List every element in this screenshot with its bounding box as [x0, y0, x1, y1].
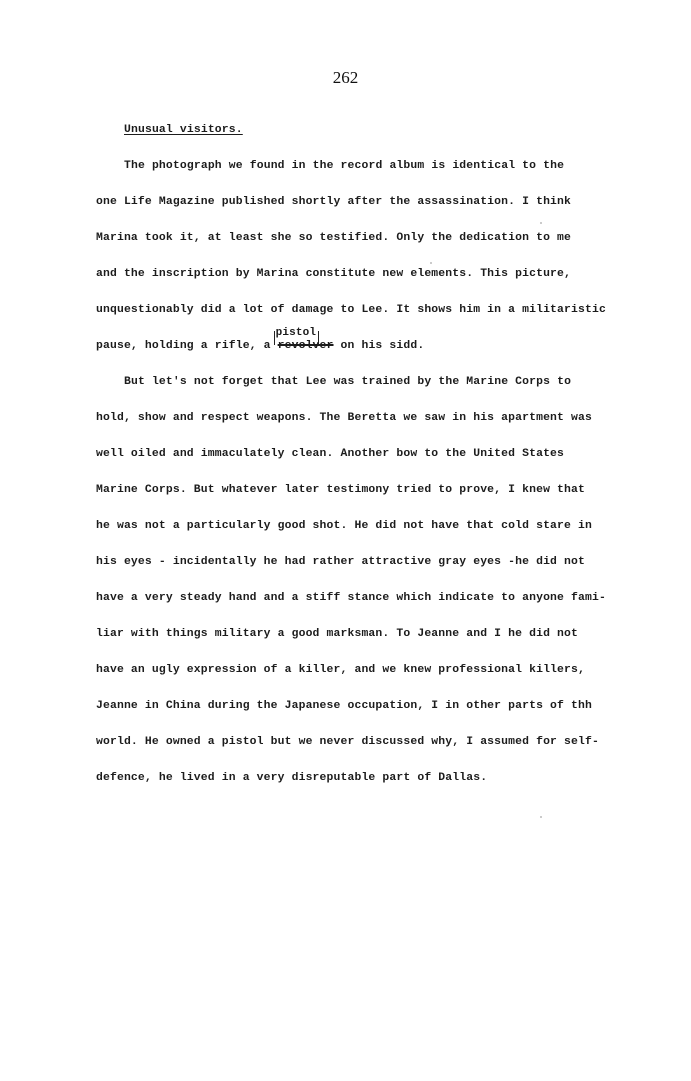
text-line: have an ugly expression of a killer, and… — [96, 664, 585, 676]
struck-word: revolver — [278, 340, 334, 352]
text-line: Jeanne in China during the Japanese occu… — [96, 700, 592, 712]
edited-line-before: pause, holding a rifle, a — [96, 340, 278, 352]
inserted-word: pistol — [276, 327, 317, 339]
text-line: Marina took it, at least she so testifie… — [96, 232, 571, 244]
scan-speck — [540, 222, 542, 224]
text-line: Marine Corps. But whatever later testimo… — [96, 484, 585, 496]
scan-speck — [430, 262, 432, 264]
text-line: hold, show and respect weapons. The Bere… — [96, 412, 592, 424]
text-line: liar with things military a good marksma… — [96, 628, 578, 640]
section-heading: Unusual visitors. — [124, 124, 243, 136]
edited-line-after: on his sidd. — [334, 340, 425, 352]
scan-speck — [540, 816, 542, 818]
edited-text-line: pause, holding a rifle, a pistolrevolver… — [96, 340, 424, 352]
text-line: well oiled and immaculately clean. Anoth… — [96, 448, 564, 460]
page-number: 262 — [0, 68, 691, 88]
text-line: one Life Magazine published shortly afte… — [96, 196, 571, 208]
text-line: The photograph we found in the record al… — [124, 160, 564, 172]
text-line: But let's not forget that Lee was traine… — [124, 376, 571, 388]
text-line: his eyes - incidentally he had rather at… — [96, 556, 585, 568]
text-line: have a very steady hand and a stiff stan… — [96, 592, 606, 604]
text-line: unquestionably did a lot of damage to Le… — [96, 304, 606, 316]
correction: pistolrevolver — [278, 340, 334, 352]
text-line: and the inscription by Marina constitute… — [96, 268, 571, 280]
text-line: defence, he lived in a very disreputable… — [96, 772, 487, 784]
text-line: world. He owned a pistol but we never di… — [96, 736, 599, 748]
text-line: he was not a particularly good shot. He … — [96, 520, 592, 532]
